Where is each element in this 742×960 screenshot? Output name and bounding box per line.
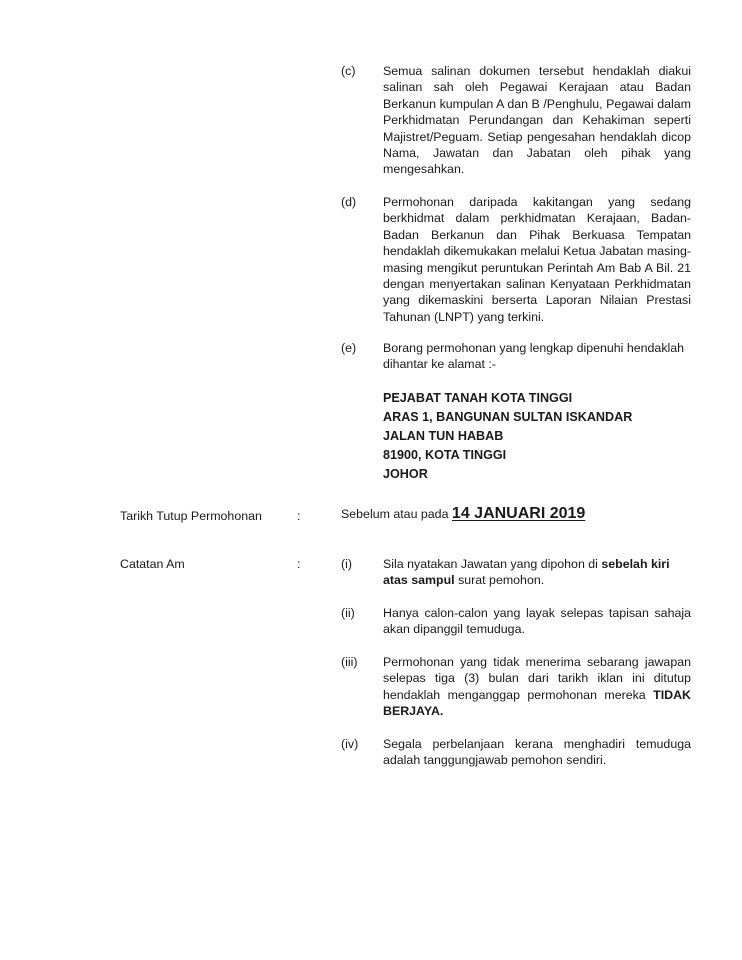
note-text: Hanya calon-calon yang layak selepas tap… — [383, 605, 691, 638]
address-line: JOHOR — [383, 465, 632, 484]
note-text-part: Segala perbelanjaan kerana menghadiri te… — [383, 737, 691, 767]
note-label: (ii) — [341, 605, 381, 621]
general-notes-colon: : — [297, 556, 300, 572]
note-text-part: Sila nyatakan Jawatan yang dipohon di — [383, 557, 601, 571]
general-notes-label: Catatan Am — [120, 556, 185, 572]
address-line: ARAS 1, BANGUNAN SULTAN ISKANDAR — [383, 408, 632, 427]
note-item-ii: (ii) Hanya calon-calon yang layak selepa… — [341, 605, 691, 638]
address-line: JALAN TUN HABAB — [383, 427, 632, 446]
item-label: (d) — [341, 194, 381, 210]
item-text: Permohonan daripada kakitangan yang seda… — [383, 194, 691, 325]
note-text-part: Hanya calon-calon yang layak selepas tap… — [383, 606, 691, 636]
note-item-iii: (iii) Permohonan yang tidak menerima seb… — [341, 654, 691, 720]
closing-date: 14 JANUARI 2019 — [452, 505, 585, 522]
document-page: (c) Semua salinan dokumen tersebut henda… — [0, 0, 742, 960]
requirement-item-e: (e) Borang permohonan yang lengkap dipen… — [341, 340, 691, 373]
note-item-i: (i) Sila nyatakan Jawatan yang dipohon d… — [341, 556, 691, 589]
item-text: Semua salinan dokumen tersebut hendaklah… — [383, 63, 691, 178]
note-text-part: Permohonan yang tidak menerima sebarang … — [383, 655, 691, 702]
mailing-address: PEJABAT TANAH KOTA TINGGI ARAS 1, BANGUN… — [383, 389, 632, 484]
note-text-part: surat pemohon. — [455, 573, 545, 587]
requirement-item-c: (c) Semua salinan dokumen tersebut henda… — [341, 63, 691, 178]
closing-date-label: Tarikh Tutup Permohonan — [120, 508, 262, 524]
item-label: (e) — [341, 340, 381, 356]
closing-date-value: Sebelum atau pada 14 JANUARI 2019 — [341, 506, 585, 522]
item-label: (c) — [341, 63, 381, 79]
closing-date-colon: : — [297, 508, 300, 524]
note-label: (iii) — [341, 654, 381, 670]
note-text: Sila nyatakan Jawatan yang dipohon di se… — [383, 556, 691, 589]
requirement-item-d: (d) Permohonan daripada kakitangan yang … — [341, 194, 691, 325]
address-line: PEJABAT TANAH KOTA TINGGI — [383, 389, 632, 408]
closing-date-prefix: Sebelum atau pada — [341, 507, 448, 521]
note-label: (i) — [341, 556, 381, 572]
note-text: Permohonan yang tidak menerima sebarang … — [383, 654, 691, 720]
item-text: Borang permohonan yang lengkap dipenuhi … — [383, 340, 691, 373]
note-label: (iv) — [341, 736, 381, 752]
address-line: 81900, KOTA TINGGI — [383, 446, 632, 465]
note-text: Segala perbelanjaan kerana menghadiri te… — [383, 736, 691, 769]
note-item-iv: (iv) Segala perbelanjaan kerana menghadi… — [341, 736, 691, 769]
